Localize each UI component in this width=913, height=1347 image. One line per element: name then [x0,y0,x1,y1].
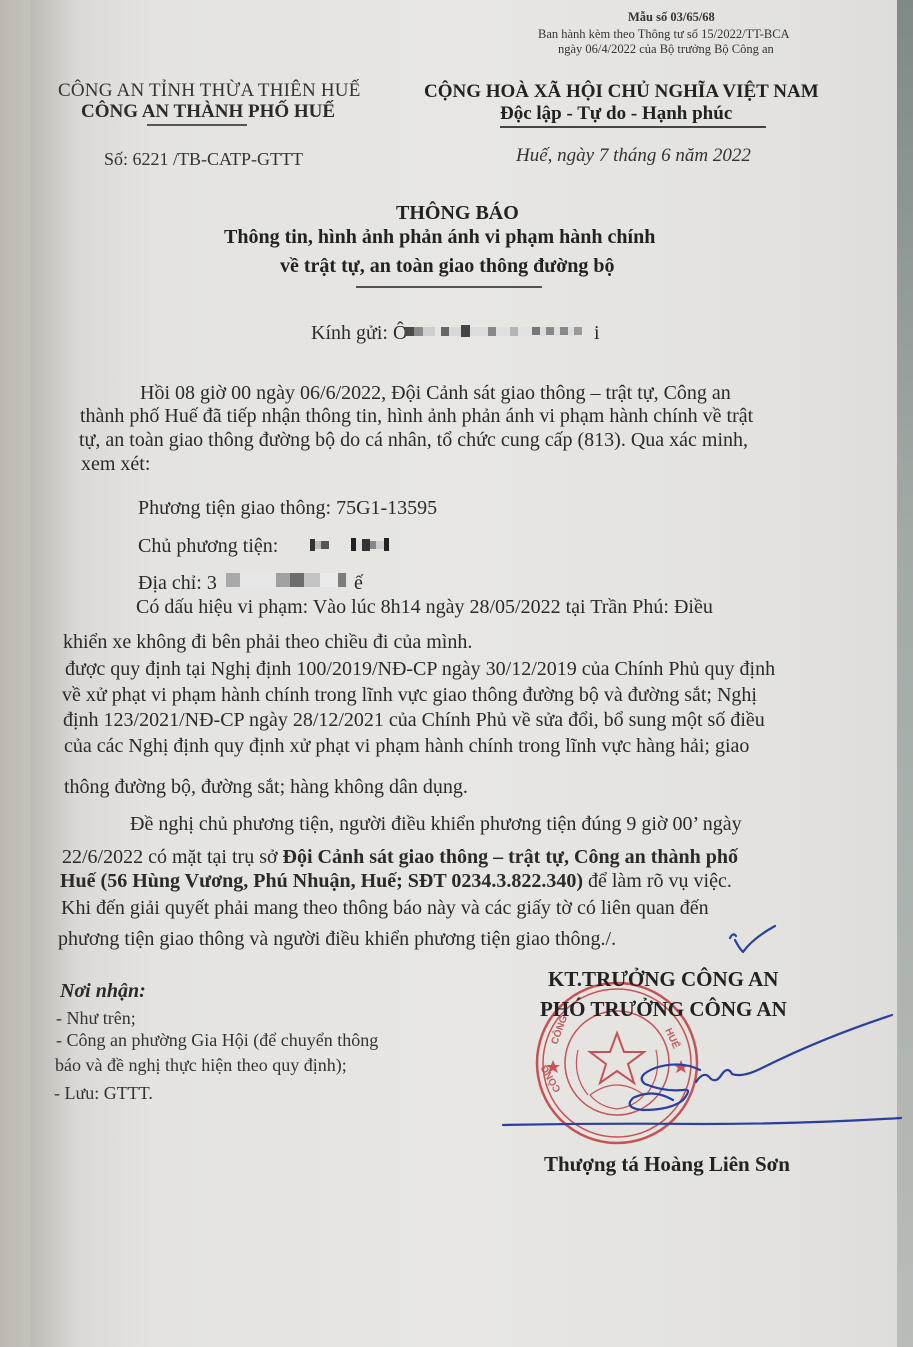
request-office-name: Đội Cảnh sát giao thông – trật tự, Công … [283,846,738,868]
legal-basis-line: thông đường bộ, đường sắt; hàng không dâ… [64,776,468,799]
paragraph1-line: thành phố Huế đã tiếp nhận thông tin, hì… [80,405,753,428]
request-line2-prefix: 22/6/2022 có mặt tại trụ sở [62,846,283,868]
parent-agency: CÔNG AN TỈNH THỪA THIÊN HUẾ [58,80,361,102]
vehicle-plate: Phương tiện giao thông: 75G1-13595 [138,497,437,520]
signer-name: Thượng tá Hoàng Liên Sơn [544,1152,790,1177]
paragraph1-line: Hồi 08 giờ 00 ngày 06/6/2022, Đội Cảnh s… [140,382,731,405]
legal-basis-line: về xử phạt vi phạm hành chính trong lĩnh… [62,684,757,707]
place-date: Huế, ngày 7 tháng 6 năm 2022 [516,145,751,167]
recipients-item: - Công an phường Gia Hội (để chuyển thôn… [56,1030,378,1051]
national-motto: Độc lập - Tự do - Hạnh phúc [500,103,732,125]
owner-redaction [310,538,389,551]
form-issued-date: ngày 06/4/2022 của Bộ trưởng Bộ Công an [558,42,774,57]
signature-title1: KT.TRƯỞNG CÔNG AN [548,967,778,992]
request-line5: phương tiện giao thông và người điều khi… [58,928,616,951]
document-subtitle-line1: Thông tin, hình ảnh phản ánh vi phạm hàn… [224,226,655,249]
request-line3: Huế (56 Hùng Vương, Phú Nhuận, Huế; SĐT … [60,870,732,893]
recipients-item: - Như trên; [56,1008,136,1029]
recipients-item: báo và đề nghị thực hiện theo quy định); [55,1055,347,1076]
agency-name: CÔNG AN THÀNH PHỐ HUẾ [81,101,335,123]
recipients-item: - Lưu: GTTT. [54,1083,153,1104]
violation-line2: khiển xe không đi bên phải theo chiều đi… [63,631,472,654]
legal-basis-line: định 123/2021/NĐ-CP ngày 28/12/2021 của … [63,709,765,732]
address-trailing: ế [354,572,363,595]
nation-heading: CỘNG HOÀ XÃ HỘI CHỦ NGHĨA VIỆT NAM [424,81,819,103]
signature-title2: PHÓ TRƯỞNG CÔNG AN [540,997,787,1022]
recipient-trailing: i [594,322,600,345]
address-label: Địa chỉ: 3 [138,572,217,595]
motto-underline [500,126,766,128]
recipients-title: Nơi nhận: [60,980,146,1003]
recipient-redaction [405,325,582,337]
paragraph1-line: xem xét: [81,453,150,476]
legal-basis-line: của các Nghị định quy định xử phạt vi ph… [64,735,749,758]
owner-label: Chủ phương tiện: [138,535,278,558]
form-issued-by: Ban hành kèm theo Thông tư số 15/2022/TT… [538,27,790,42]
document-title: THÔNG BÁO [396,202,519,225]
form-code: Mẫu số 03/65/68 [628,10,715,25]
document-subtitle-line2: về trật tự, an toàn giao thông đường bộ [280,255,615,278]
subtitle-underline [356,286,542,288]
legal-basis-line: được quy định tại Nghị định 100/2019/NĐ-… [65,658,775,681]
request-office-address: Huế (56 Hùng Vương, Phú Nhuận, Huế; SĐT … [60,870,583,892]
violation-line1: Có dấu hiệu vi phạm: Vào lúc 8h14 ngày 2… [136,596,713,619]
request-line1: Đề nghị chủ phương tiện, người điều khiể… [130,813,742,836]
address-redaction [226,573,346,587]
recipient-label: Kính gửi: Ô [311,322,407,344]
agency-underline [147,124,247,126]
request-line2: 22/6/2022 có mặt tại trụ sở Đội Cảnh sát… [62,846,738,869]
request-line4: Khi đến giải quyết phải mang theo thông … [61,897,709,920]
request-line3-suffix: để làm rõ vụ việc. [583,870,732,892]
recipient-line: Kính gửi: Ô [311,322,407,345]
paragraph1-line: tự, an toàn giao thông đường bộ do cá nh… [79,429,748,452]
background-edge [897,0,913,1347]
document-number: Số: 6221 /TB-CATP-GTTT [104,149,303,170]
